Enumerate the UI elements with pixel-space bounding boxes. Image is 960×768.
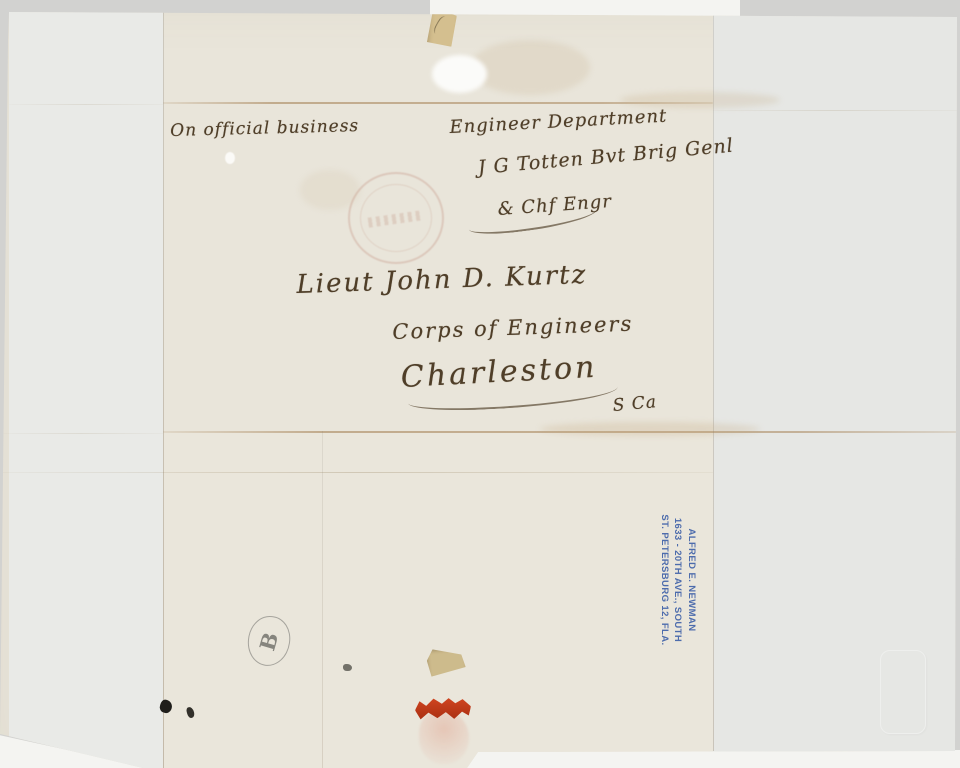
frank-signature-handwriting: J G Totten Bvt Brig Genl bbox=[477, 135, 735, 179]
wax-seal-remnant bbox=[413, 694, 475, 768]
paper-flaw-dot bbox=[225, 152, 235, 164]
stamp-line-name: ALFRED E. NEWMAN bbox=[685, 512, 699, 648]
wax-seal-residue bbox=[419, 710, 469, 764]
embossed-seal-impression bbox=[880, 650, 926, 734]
paper-stain bbox=[620, 92, 780, 108]
recipient-handwriting: Lieut John D. Kurtz bbox=[296, 260, 588, 300]
corps-handwriting: Corps of Engineers bbox=[392, 312, 634, 344]
stamp-line-city: ST. PETERSBURG 12, FLA. bbox=[658, 512, 672, 648]
state-handwriting: S Ca bbox=[612, 392, 658, 416]
photo-backdrop: On official business Engineer Department… bbox=[0, 0, 960, 768]
faded-circular-postmark bbox=[348, 172, 444, 264]
owner-address-stamp: ALFRED E. NEWMAN 1633 - 20TH AVE., SOUTH… bbox=[654, 512, 698, 648]
backing-paper-sliver-top bbox=[430, 0, 740, 16]
department-handwriting: Engineer Department bbox=[449, 106, 668, 138]
paper-stain bbox=[470, 40, 590, 95]
left-fold-panel bbox=[9, 0, 163, 768]
torn-paper-patch bbox=[432, 55, 487, 93]
pencil-letter: B bbox=[255, 629, 284, 653]
folded-letter-envelope: On official business Engineer Department… bbox=[0, 0, 960, 768]
endorsement-handwriting: On official business bbox=[170, 116, 359, 141]
ink-speck bbox=[343, 664, 352, 671]
paper-stain bbox=[540, 422, 760, 436]
stamp-line-street: 1633 - 20TH AVE., SOUTH bbox=[671, 512, 685, 648]
